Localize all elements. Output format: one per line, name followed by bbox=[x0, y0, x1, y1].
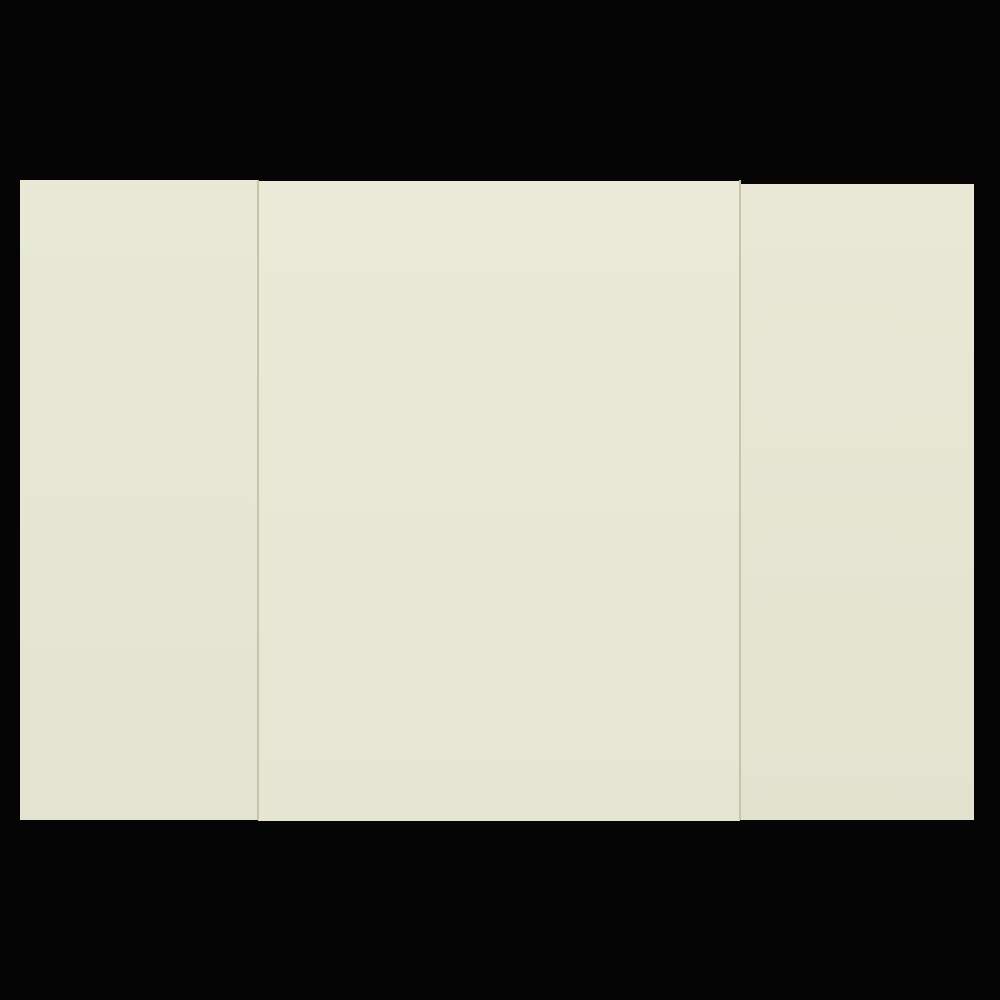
left-panel bbox=[20, 180, 258, 820]
fold-line-left bbox=[257, 180, 259, 820]
center-panel bbox=[258, 181, 740, 821]
paper-sheet bbox=[20, 180, 974, 820]
right-panel bbox=[740, 184, 974, 820]
fold-line-right bbox=[739, 180, 741, 820]
